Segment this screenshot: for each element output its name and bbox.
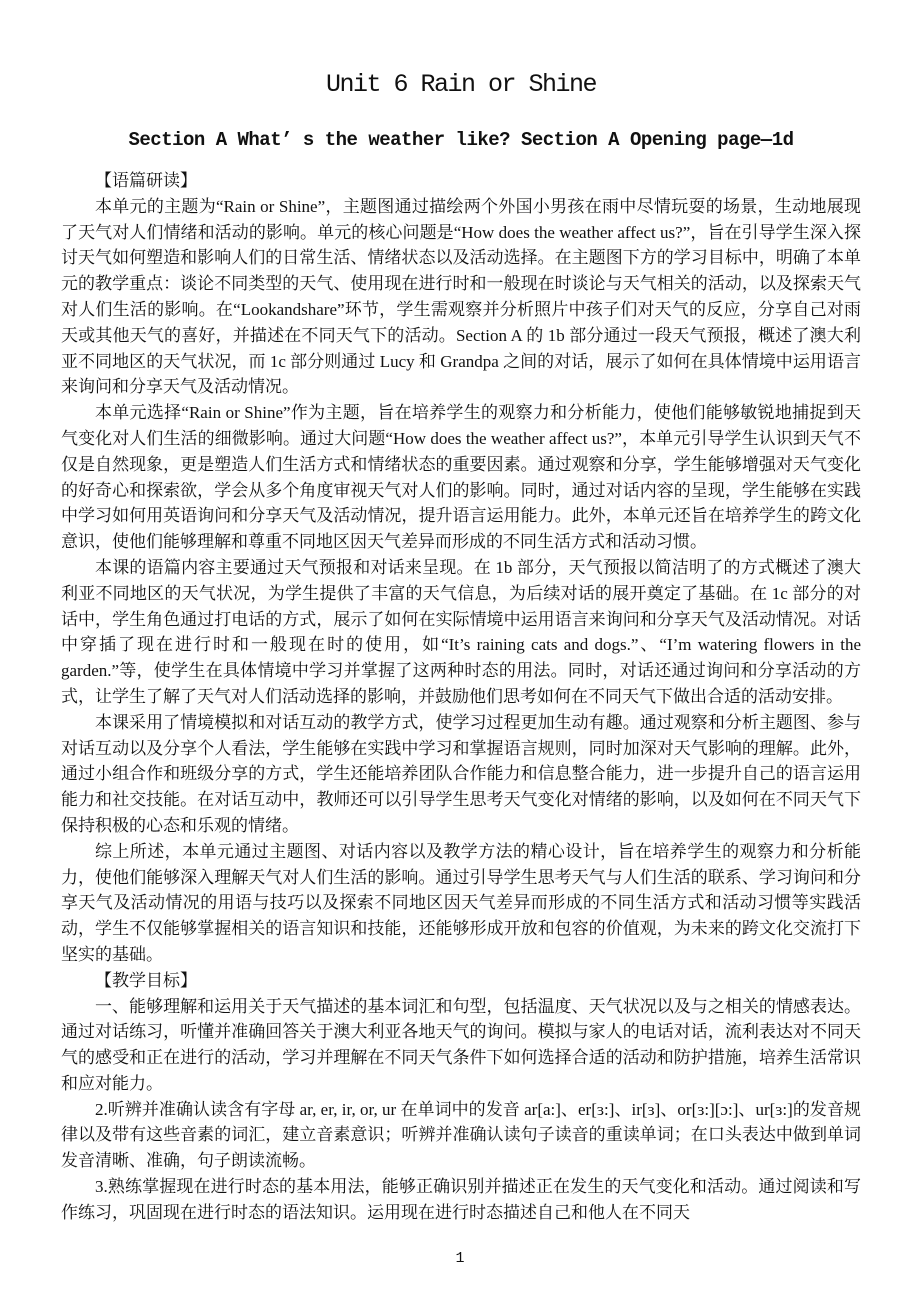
paragraph: 综上所述，本单元通过主题图、对话内容以及教学方法的精心设计，旨在培养学生的观察力…	[61, 839, 861, 968]
objective-item: 2.听辨并准确认读含有字母 ar, er, ir, or, ur 在单词中的发音…	[61, 1097, 861, 1174]
section-heading-text-analysis: 【语篇研读】	[61, 168, 861, 194]
document-page: Unit 6 Rain or Shine Section A What’ s t…	[0, 0, 920, 1302]
section-text-analysis: 【语篇研读】 本单元的主题为“Rain or Shine”，主题图通过描绘两个外…	[61, 168, 861, 968]
paragraph: 本课的语篇内容主要通过天气预报和对话来呈现。在 1b 部分，天气预报以简洁明了的…	[61, 555, 861, 710]
objective-item: 3.熟练掌握现在进行时态的基本用法，能够正确识别并描述正在发生的天气变化和活动。…	[61, 1174, 861, 1226]
paragraph: 本单元选择“Rain or Shine”作为主题，旨在培养学生的观察力和分析能力…	[61, 400, 861, 555]
objective-item: 一、能够理解和运用关于天气描述的基本词汇和句型，包括温度、天气状况以及与之相关的…	[61, 994, 861, 1097]
document-content: Unit 6 Rain or Shine Section A What’ s t…	[0, 0, 920, 1226]
section-subtitle: Section A What’ s the weather like? Sect…	[61, 128, 861, 152]
section-heading-teaching-objectives: 【教学目标】	[61, 968, 861, 994]
paragraph: 本课采用了情境模拟和对话互动的教学方式，使学习过程更加生动有趣。通过观察和分析主…	[61, 710, 861, 839]
page-number: 1	[0, 1250, 920, 1267]
paragraph: 本单元的主题为“Rain or Shine”，主题图通过描绘两个外国小男孩在雨中…	[61, 194, 861, 400]
section-teaching-objectives: 【教学目标】 一、能够理解和运用关于天气描述的基本词汇和句型，包括温度、天气状况…	[61, 968, 861, 1226]
page-title: Unit 6 Rain or Shine	[61, 70, 861, 100]
